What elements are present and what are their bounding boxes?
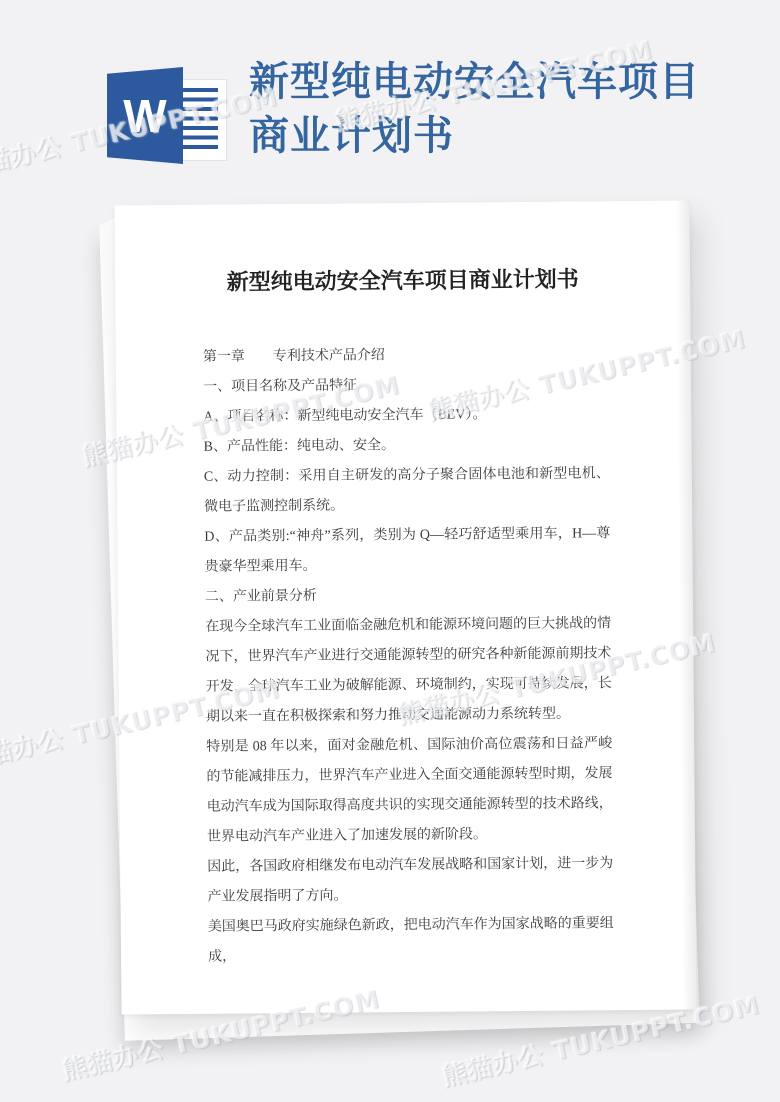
document-title: 新型纯电动安全汽车项目商业计划书 [155, 263, 650, 299]
word-letter: W [123, 93, 166, 139]
paragraph-chapter-heading: 第一章 专利技术产品介绍 [203, 339, 609, 373]
paragraph-body-3: 因此，各国政府相继发布电动汽车发展战略和国家计划，进一步为产业发展指明了方向。 [207, 849, 614, 913]
paragraph-section-2: 二、产业前景分析 [205, 579, 611, 613]
paragraph-section-1: 一、项目名称及产品特征 [203, 369, 609, 403]
word-icon: W [107, 67, 231, 164]
document-page: 新型纯电动安全汽车项目商业计划书 第一章 专利技术产品介绍 一、项目名称及产品特… [114, 201, 696, 1015]
paragraph-item-d: D、产品类别:“神舟”系列，类别为 Q—轻巧舒适型乘用车，H—尊贵豪华型乘用车。 [204, 519, 611, 583]
paragraph-body-1: 在现今全球汽车工业面临金融危机和能源环境问题的巨大挑战的情况下，世界汽车产业进行… [205, 609, 612, 733]
paragraph-body-2: 特别是 08 年以来，面对金融危机、国际油价高位震荡和日益严峻的节能减排压力，世… [206, 729, 613, 853]
preview-canvas: W 新型纯电动安全汽车项目商业计划书 新型纯电动安全汽车项目商业计划书 第一章 … [0, 0, 780, 1102]
word-cover-icon: W [107, 67, 183, 164]
paragraph-item-b: B、产品性能：纯电动、安全。 [203, 429, 609, 463]
header-title: 新型纯电动安全汽车项目商业计划书 [249, 55, 711, 163]
paragraph-item-c: C、动力控制：采用自主研发的高分子聚合固体电池和新型电机、微电子监测控制系统。 [204, 459, 611, 523]
header: W 新型纯电动安全汽车项目商业计划书 [0, 0, 780, 200]
paragraph-item-a: A、项目名称：新型纯电动安全汽车（BEV）。 [203, 399, 609, 433]
paragraph-body-4: 美国奥巴马政府实施绿色新政，把电动汽车作为国家战略的重要组成， [208, 909, 615, 973]
document-body: 第一章 专利技术产品介绍 一、项目名称及产品特征 A、项目名称：新型纯电动安全汽… [116, 339, 696, 974]
